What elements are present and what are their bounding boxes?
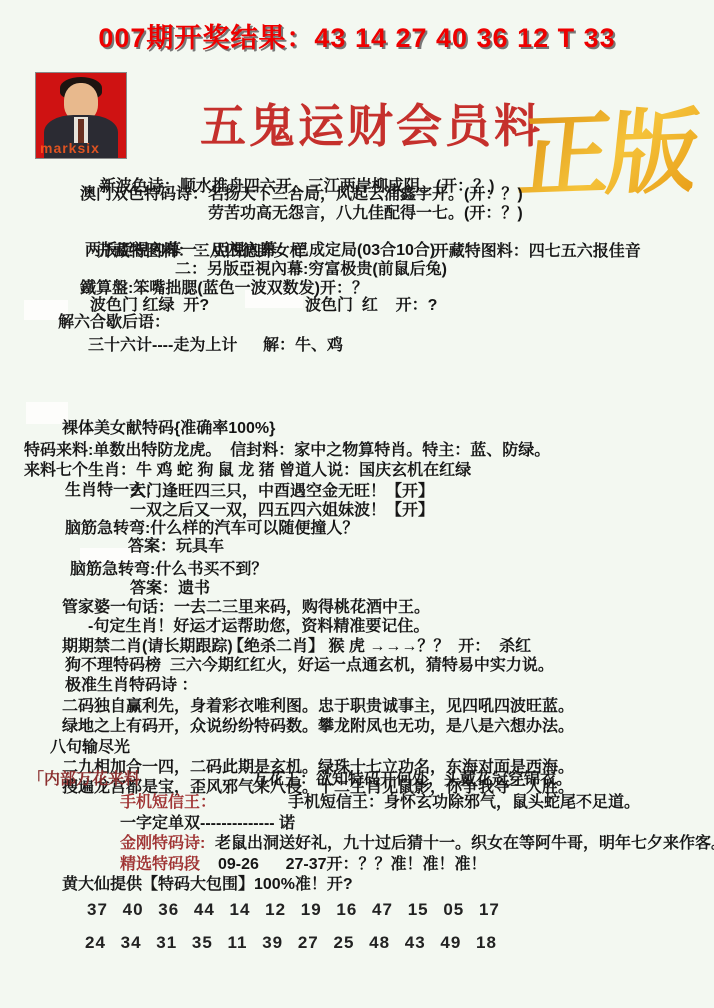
sms-king-text: 手机短信王：身怀玄功除邪气，鼠头蛇尾不足道。 xyxy=(288,793,640,812)
huangdaxian-line: 黄大仙提供【特码大包围】100%准！开? xyxy=(62,875,353,894)
banned-zodiac-label: 期期禁二肖(请长期跟踪) xyxy=(62,637,233,656)
zodiac-poem-title: 极准生肖特码诗 ： xyxy=(65,676,197,695)
atv-insider-line2: 二：另版亞視內幕:穷富极贵(前鼠后兔) xyxy=(175,260,447,279)
riddle1-question: 脑筋急转弯:什么样的汽车可以随便撞人？ xyxy=(65,519,358,538)
riddle2-question: 脑筋急转弯:什么书买不到？ xyxy=(70,560,267,579)
seven-zodiac-line: 来料七个生肖：牛 鸡 蛇 狗 鼠 龙 猪 曾道人说：国庆玄机在红绿 xyxy=(24,461,471,480)
number-row-2: 24 34 31 35 11 39 27 25 48 43 49 18 xyxy=(85,933,497,952)
macau-poem-line2: 劳苦功高无怨言，八九佳配得一七。(开：？) xyxy=(208,204,523,223)
stratagem-answer: 解：牛、鸡 xyxy=(263,336,343,355)
draw-result-headline: 007期开奖结果：43 14 27 40 36 12 T 33 xyxy=(0,16,714,55)
tema-source-line: 特码来料:单数出特防龙虎。 信封料：家中之物算特肖。特主：蓝、防绿。 xyxy=(24,441,550,460)
jingang-poem-label: 金刚特码诗: xyxy=(120,834,205,853)
zodiac-poem-line2: 绿地之上有码开，众说纷纷特码数。攀龙附凤也无功，是八是六想办法。 xyxy=(62,717,574,736)
chart-tip-right-text: 四七五六报佳音 xyxy=(529,243,641,260)
selected-range-text: 09-26 27-37开：？？准！准！准！ xyxy=(218,855,487,874)
housekeeper-line2: -句定生肖！好运才运帮助您，资料精准要记住。 xyxy=(88,617,429,636)
riddle1-answer: 答案：玩具车 xyxy=(128,537,224,556)
chart-tip-right: 开藏特图料：四七五六报佳音 xyxy=(415,223,641,280)
goubuli-line: 狗不理特码榜 三六今期红红火，好运一点通玄机，猜特易中实力说。 xyxy=(65,656,554,675)
macau-poem-line1: 名扬天下三合局，风起云涌鑫字开。(开：？) xyxy=(208,185,523,204)
page-title: 五鬼运财会员料 xyxy=(200,90,543,156)
kill-two-zodiac-text: 【绝杀二肖】 猴 虎 →→→？？ 开： 杀红 xyxy=(228,637,531,656)
wanhua-king-text: 万花王：欲知特码开何处，头戴花冠穿锦衣。 xyxy=(252,770,572,789)
atv-insider-line1: 两版亞視內幕一：亞視內幕：已成定局(03合10合) xyxy=(85,241,435,260)
chart-tip-right-label: 开藏特图料： xyxy=(433,243,529,260)
naked-beauty-title: 裸体美女献特码{准确率100%} xyxy=(62,419,275,438)
macau-poem-label: 澳门双色特码诗： xyxy=(80,185,208,204)
thirty-six-stratagem: 三十六计----走为上计 xyxy=(88,336,237,355)
zodiac-poem-line1: 二码独自赢利先，身着彩衣唯利图。忠于职贵诚事主，见四吼四波旺蓝。 xyxy=(62,697,574,716)
wave-gate-right: 波色门 红 开：? xyxy=(305,296,437,315)
zodiac-mystery-line2: 一双之后又一双，四五四六姐妹波！【开】 xyxy=(130,501,434,520)
tip-sheet-page: 007期开奖结果：43 14 27 40 36 12 T 33 marksix … xyxy=(0,0,714,1008)
sms-king-label: 手机短信王： xyxy=(120,793,216,812)
zodiac-mystery-line1: 大门逢旺四三只，中酉遇空金无旺！【开】 xyxy=(130,482,434,501)
riddle-section-label: 解六合歇后语： xyxy=(58,313,170,332)
eight-verse-title: 八句输尽光 xyxy=(50,738,130,757)
selected-range-label: 精选特码段 xyxy=(120,855,200,874)
number-row-1: 37 40 36 44 14 12 19 16 47 15 05 17 xyxy=(87,900,500,919)
tipster-photo: marksix xyxy=(35,72,127,159)
photo-overlay-text: marksix xyxy=(40,140,100,156)
edition-stamp: 正版 xyxy=(513,78,704,216)
odd-even-line: 一字定单双-------------- 诺 xyxy=(120,814,295,833)
riddle2-answer: 答案：遗书 xyxy=(130,579,210,598)
housekeeper-line1: 管家婆一句话：一去二三里来码，购得桃花酒中王。 xyxy=(62,598,430,617)
internal-wanhua-label: 「内部万花来料 xyxy=(28,770,140,789)
jingang-poem-text: 老鼠出洞送好礼，九十过后猜十一。织女在等阿牛哥，明年七夕来作客。 xyxy=(215,834,714,853)
